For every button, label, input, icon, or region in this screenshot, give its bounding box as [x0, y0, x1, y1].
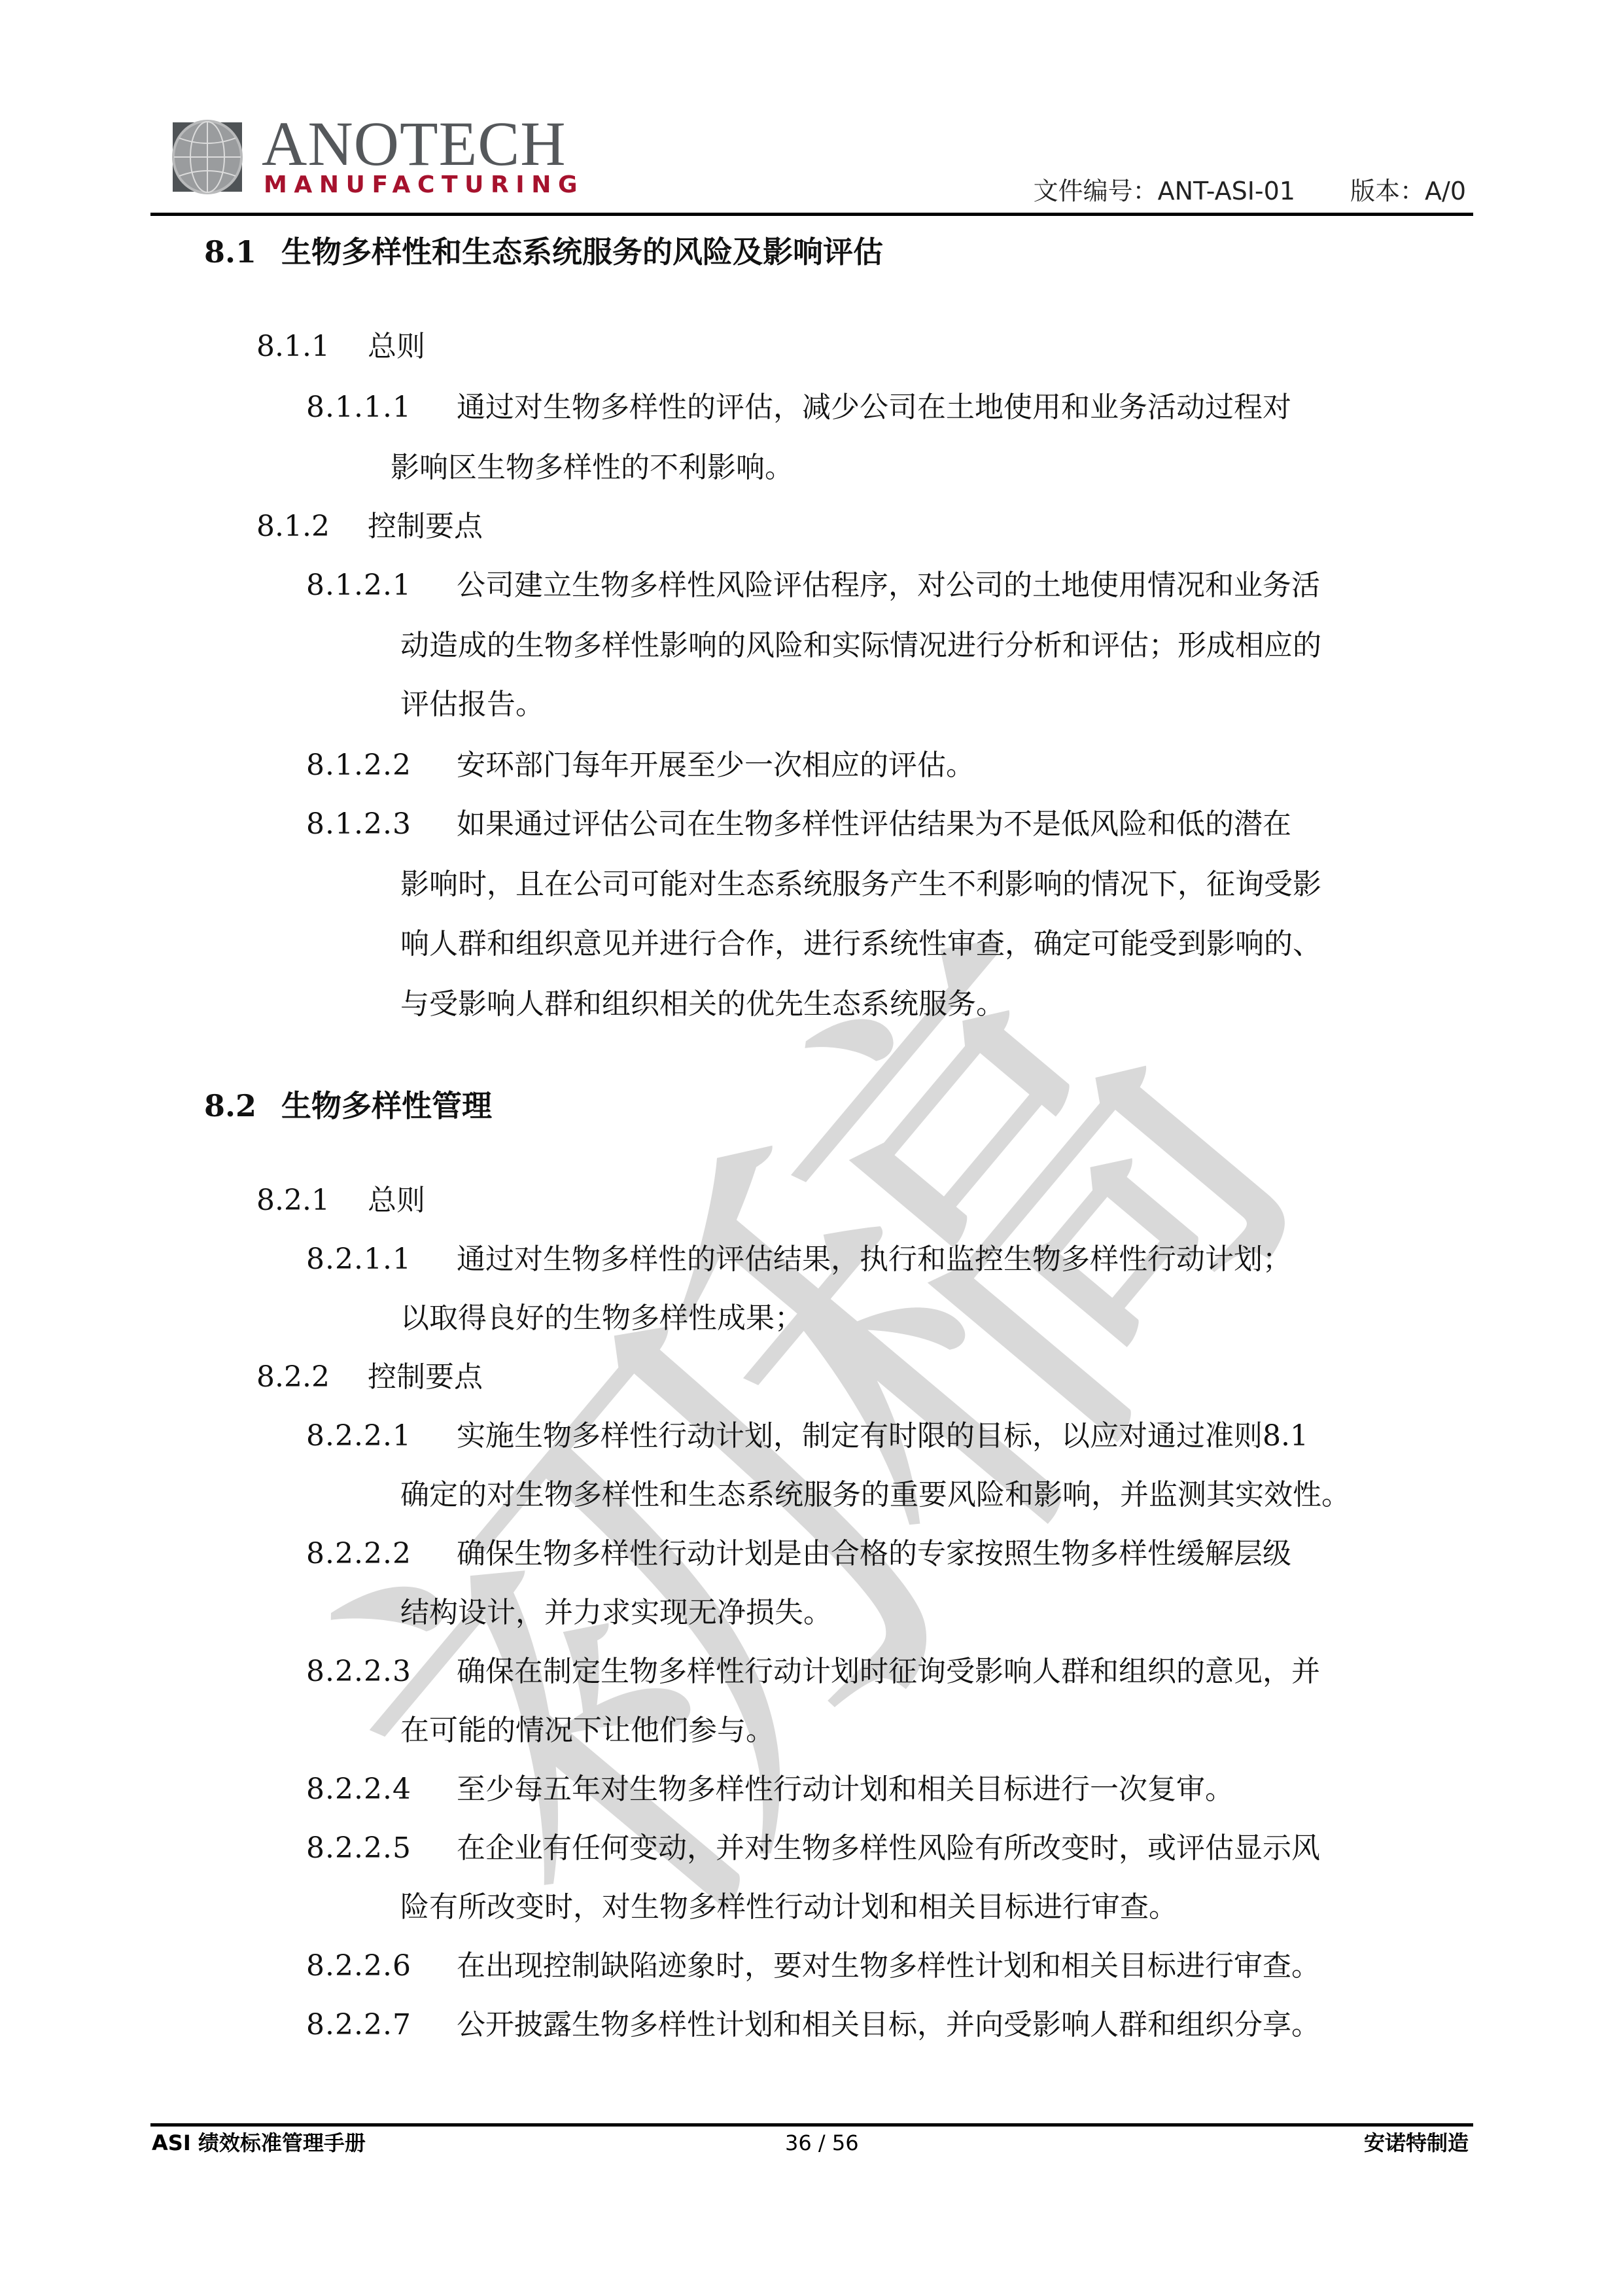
clause: 8.2.2.2确保生物多样性行动计划是由合格的专家按照生物多样性缓解层级 — [306, 1536, 1291, 1572]
version: A/0 — [1425, 177, 1466, 205]
clause: 8.1.2.1公司建立生物多样性风险评估程序，对公司的土地使用情况和业务活 — [306, 567, 1320, 604]
clause-text: 在企业有任何变动，并对生物多样性风险有所改变时，或评估显示风 — [457, 1831, 1320, 1865]
clause-number: 8.2.2.7 — [306, 2007, 457, 2043]
page-number: 36 / 56 — [785, 2130, 859, 2156]
clause: 8.2.2.3确保在制定生物多样性行动计划时征询受影响人群和组织的意见，并 — [306, 1653, 1320, 1690]
logo-wordmark: ANOTECH — [262, 113, 567, 175]
clause-number: 8.2.2.5 — [306, 1830, 457, 1867]
clause-continuation: 在可能的情况下让他们参与。 — [400, 1712, 775, 1749]
clause-number: 8.2.2.4 — [306, 1771, 457, 1808]
footer-company: 安诺特制造 — [1364, 2130, 1469, 2156]
doc-number: ANT-ASI-01 — [1158, 177, 1295, 205]
clause: 8.1.2.2安环部门每年开展至少一次相应的评估。 — [306, 747, 975, 784]
clause: 8.2.2.1实施生物多样性行动计划，制定有时限的目标，以应对通过准则8.1 — [306, 1418, 1308, 1455]
version-label: 版本： — [1350, 177, 1425, 205]
subsection-heading: 8.2.2控制要点 — [256, 1359, 483, 1396]
subsection-number: 8.1.2 — [256, 508, 368, 545]
clause-number: 8.1.2.2 — [306, 747, 457, 784]
clause-continuation: 影响区生物多样性的不利影响。 — [391, 450, 794, 486]
subsection-number: 8.1.1 — [256, 328, 368, 365]
clause-continuation: 以取得良好的生物多样性成果； — [400, 1300, 803, 1337]
clause-continuation: 动造成的生物多样性影响的风险和实际情况进行分析和评估；形成相应的 — [400, 627, 1321, 664]
clause-continuation: 险有所改变时，对生物多样性行动计划和相关目标进行审查。 — [400, 1889, 1178, 1926]
clause: 8.1.1.1通过对生物多样性的评估，减少公司在土地使用和业务活动过程对 — [306, 389, 1291, 426]
clause: 8.2.2.4至少每五年对生物多样性行动计划和相关目标进行一次复审。 — [306, 1771, 1234, 1808]
doc-number-label: 文件编号： — [1034, 177, 1158, 205]
subsection-heading: 8.1.2控制要点 — [256, 508, 483, 545]
clause-text: 安环部门每年开展至少一次相应的评估。 — [457, 749, 975, 782]
clause-number: 8.2.2.3 — [306, 1653, 457, 1690]
clause: 8.1.2.3如果通过评估公司在生物多样性评估结果为不是低风险和低的潜在 — [306, 806, 1291, 843]
clause-number: 8.1.2.3 — [306, 806, 457, 843]
subsection-heading: 8.1.1总则 — [256, 328, 425, 365]
subsection-title: 总则 — [368, 1184, 425, 1217]
clause-text: 确保生物多样性行动计划是由合格的专家按照生物多样性缓解层级 — [457, 1537, 1291, 1570]
clause-continuation: 结构设计，并力求实现无净损失。 — [400, 1595, 832, 1631]
clause: 8.2.2.7公开披露生物多样性计划和相关目标，并向受影响人群和组织分享。 — [306, 2007, 1320, 2043]
subsection-title: 总则 — [368, 330, 425, 363]
clause-continuation: 与受影响人群和组织相关的优先生态系统服务。 — [400, 986, 1005, 1023]
section-number: 8.2 — [204, 1087, 281, 1124]
globe-logo-icon — [170, 120, 245, 194]
subsection-heading: 8.2.1总则 — [256, 1182, 425, 1219]
clause: 8.2.1.1通过对生物多样性的评估结果，执行和监控生物多样性行动计划； — [306, 1241, 1291, 1278]
clause-text: 公开披露生物多样性计划和相关目标，并向受影响人群和组织分享。 — [457, 2008, 1320, 2041]
logo-subtitle: MANUFACTURING — [264, 172, 584, 198]
section-heading: 8.1生物多样性和生态系统服务的风险及影响评估 — [204, 234, 883, 270]
section-heading: 8.2生物多样性管理 — [204, 1087, 492, 1124]
subsection-title: 控制要点 — [368, 510, 483, 543]
subsection-title: 控制要点 — [368, 1360, 483, 1394]
company-logo: ANOTECH MANUFACTURING — [167, 116, 559, 198]
clause-number: 8.2.1.1 — [306, 1241, 457, 1278]
clause-number: 8.2.2.6 — [306, 1948, 457, 1985]
clause-text: 通过对生物多样性的评估结果，执行和监控生物多样性行动计划； — [457, 1243, 1291, 1276]
clause-number: 8.1.2.1 — [306, 567, 457, 604]
clause-continuation: 确定的对生物多样性和生态系统服务的重要风险和影响，并监测其实效性。 — [400, 1477, 1350, 1513]
clause-number: 8.1.1.1 — [306, 389, 457, 426]
subsection-number: 8.2.1 — [256, 1182, 368, 1219]
clause-continuation: 影响时，且在公司可能对生态系统服务产生不利影响的情况下，征询受影 — [400, 866, 1321, 903]
subsection-number: 8.2.2 — [256, 1359, 368, 1396]
clause: 8.2.2.6在出现控制缺陷迹象时，要对生物多样性计划和相关目标进行审查。 — [306, 1948, 1320, 1985]
clause-continuation: 评估报告。 — [400, 686, 544, 723]
clause-text: 如果通过评估公司在生物多样性评估结果为不是低风险和低的潜在 — [457, 807, 1291, 841]
section-title: 生物多样性和生态系统服务的风险及影响评估 — [281, 234, 883, 270]
clause-text: 在出现控制缺陷迹象时，要对生物多样性计划和相关目标进行审查。 — [457, 1949, 1320, 1983]
footer-manual-title: ASI 绩效标准管理手册 — [152, 2130, 366, 2156]
section-number: 8.1 — [204, 234, 281, 270]
document-page: ANOTECH MANUFACTURING 文件编号：ANT-ASI-01版本：… — [0, 0, 1623, 2296]
clause-text: 通过对生物多样性的评估，减少公司在土地使用和业务活动过程对 — [457, 391, 1291, 424]
clause: 8.2.2.5在企业有任何变动，并对生物多样性风险有所改变时，或评估显示风 — [306, 1830, 1320, 1867]
clause-text: 实施生物多样性行动计划，制定有时限的目标，以应对通过准则8.1 — [457, 1419, 1308, 1453]
clause-continuation: 响人群和组织意见并进行合作，进行系统性审查，确定可能受到影响的、 — [400, 926, 1321, 963]
clause-text: 公司建立生物多样性风险评估程序，对公司的土地使用情况和业务活 — [457, 569, 1320, 602]
section-title: 生物多样性管理 — [281, 1088, 492, 1123]
clause-number: 8.2.2.1 — [306, 1418, 457, 1455]
footer-rule — [150, 2123, 1473, 2127]
clause-text: 至少每五年对生物多样性行动计划和相关目标进行一次复审。 — [457, 1773, 1234, 1806]
clause-text: 确保在制定生物多样性行动计划时征询受影响人群和组织的意见，并 — [457, 1655, 1320, 1688]
clause-number: 8.2.2.2 — [306, 1536, 457, 1572]
document-meta: 文件编号：ANT-ASI-01版本：A/0 — [1034, 175, 1466, 207]
header-rule — [150, 213, 1473, 216]
